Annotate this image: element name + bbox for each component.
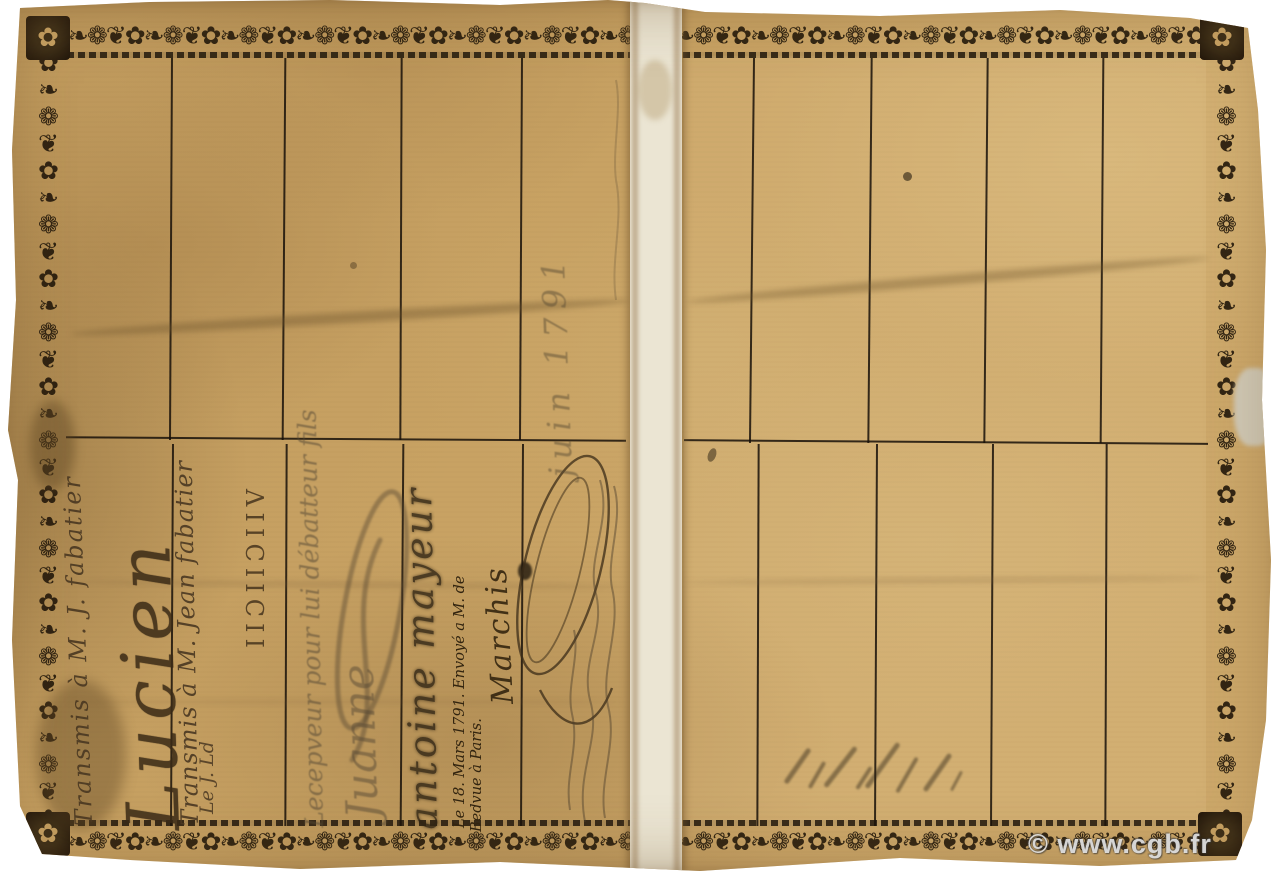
photo-of-document: ❦✿❧❁❦✿❧❁❦✿❧❁❦✿❧❁❦✿❧❁❦✿❧❁❦✿❧❁❦✿❧❁❦✿❧❁❦✿❧❁… (0, 0, 1280, 873)
document-paper: ❦✿❧❁❦✿❧❁❦✿❧❁❦✿❧❁❦✿❧❁❦✿❧❁❦✿❧❁❦✿❧❁❦✿❧❁❦✿❧❁… (0, 0, 1280, 873)
watermark-text: © www.cgb.fr (1028, 829, 1212, 860)
edge-shading (0, 0, 1280, 873)
